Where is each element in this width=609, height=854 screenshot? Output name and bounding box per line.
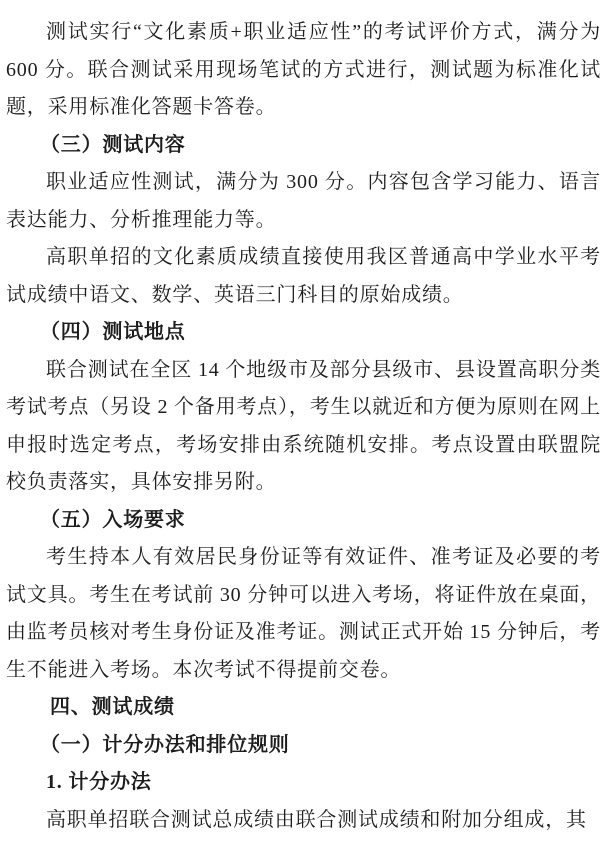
chapter-heading-test-scores: 四、测试成绩: [6, 689, 601, 727]
paragraph-aptitude-test: 职业适应性测试，满分为 300 分。内容包含学习能力、语言表达能力、分析推理能力…: [6, 164, 601, 239]
section-heading-test-location: （四）测试地点: [6, 314, 601, 352]
section-heading-test-content: （三）测试内容: [6, 127, 601, 165]
paragraph-total-score: 高职单招联合测试总成绩由联合测试成绩和附加分组成，其: [6, 802, 601, 840]
section-heading-scoring-rules: （一）计分办法和排位规则: [6, 727, 601, 765]
paragraph-culture-score: 高职单招的文化素质成绩直接使用我区普通高中学业水平考试成绩中语文、数学、英语三门…: [6, 239, 601, 314]
paragraph-test-sites: 联合测试在全区 14 个地级市及部分县级市、县设置高职分类考试考点（另设 2 个…: [6, 352, 601, 502]
paragraph-entry-rules: 考生持本人有效居民身份证等有效证件、准考证及必要的考试文具。考生在考试前 30 …: [6, 539, 601, 689]
paragraph-test-format: 测试实行“文化素质+职业适应性”的考试评价方式，满分为 600 分。联合测试采用…: [6, 14, 601, 127]
numbered-heading-scoring-method: 1. 计分办法: [6, 764, 601, 802]
document-body: 测试实行“文化素质+职业适应性”的考试评价方式，满分为 600 分。联合测试采用…: [6, 14, 601, 839]
document-page: 测试实行“文化素质+职业适应性”的考试评价方式，满分为 600 分。联合测试采用…: [0, 0, 609, 854]
section-heading-entry-requirements: （五）入场要求: [6, 502, 601, 540]
